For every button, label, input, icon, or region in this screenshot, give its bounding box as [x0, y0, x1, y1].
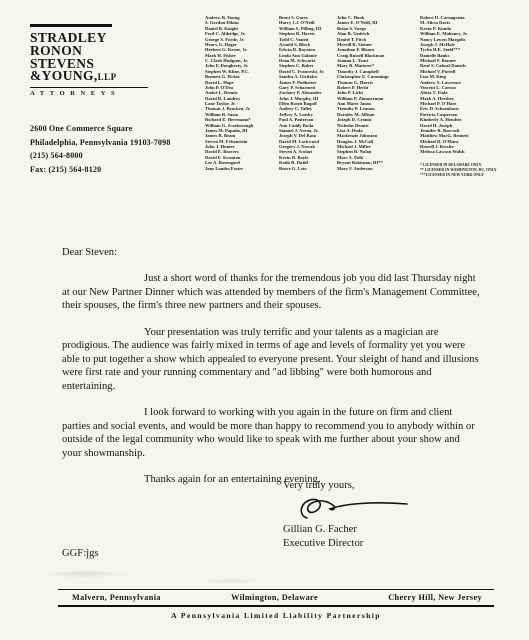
firm-name-line: &YOUNG,LLP [30, 70, 200, 84]
attorney-column-1: Andrew B. YoungS. Gordon ElkinsDaniel B.… [205, 15, 253, 171]
attorney-name: Mary F. Anderson [337, 166, 389, 171]
attorney-name: William E. Mahoney, Jr. [420, 31, 469, 36]
signature-scribble [291, 495, 416, 523]
letter-paragraph: I look forward to working with you again… [62, 406, 480, 460]
office-wilmington: Wilmington, Delaware [231, 593, 318, 602]
attorney-name: Jane Landes Foster [205, 166, 253, 171]
attorney-name: Kimberly A. Hendrix [420, 117, 469, 122]
attorney-name: Matthew MacG. Bennett [420, 133, 469, 138]
firm-name-ampersand-young: &YOUNG, [30, 68, 98, 83]
office-cherry-hill: Cherry Hill, New Jersey [388, 593, 482, 602]
signature-title: Executive Director [283, 537, 503, 550]
attorney-column-4: Robert D. CarnagranaM. Alicia DavisKevin… [420, 15, 469, 155]
address-line: 2600 One Commerce Square [30, 122, 210, 136]
letter-body: Dear Steven: Just a short word of thanks… [62, 246, 480, 500]
attorney-name: Bryant Robinson, III** [337, 160, 389, 165]
attorney-name: Melissa Lawson Walsh [420, 149, 469, 154]
firm-name: STRADLEYRONONSTEVENS [30, 32, 200, 70]
partnership-line: A Pennsylvania Limited Liability Partner… [58, 611, 494, 620]
letter-paragraphs: Just a short word of thanks for the trem… [62, 272, 480, 487]
letter-paragraph: Just a short word of thanks for the trem… [62, 272, 480, 313]
attorney-name: Christopher E. Cummings [337, 74, 389, 79]
license-footnote: ***LICENSED IN NEW YORK ONLY [420, 173, 497, 178]
salutation: Dear Steven: [62, 246, 480, 259]
footer: Malvern, Pennsylvania Wilmington, Delawa… [58, 589, 494, 620]
attorney-name: Herbert G. Keene, Jr. [205, 47, 253, 52]
scan-artifact [40, 570, 130, 578]
address-line: Philadelphia, Pennsylvania 19103-7098 [30, 136, 210, 150]
letterhead-top-rule [30, 24, 112, 27]
firm-name-llp-suffix: LLP [98, 72, 117, 82]
office-malvern: Malvern, Pennsylvania [72, 593, 161, 602]
address-line: (215) 564-8000 [30, 149, 210, 163]
footer-bottom-rule [58, 605, 494, 607]
scan-artifact [200, 578, 260, 584]
address-line: Fax: (215) 564-8120 [30, 163, 210, 177]
attorney-name: Richard E. Herrmann* [205, 117, 253, 122]
letter-paragraph: Your presentation was truly terrific and… [62, 326, 480, 394]
signature-name: Gillian G. Facher [283, 523, 503, 536]
complimentary-close: Very truly yours, [283, 479, 503, 492]
attorney-name: Thomas J. Bracken, Jr. [205, 106, 253, 111]
license-footnotes: * LICENSED IN DELAWARE ONLY** LICENSED I… [420, 163, 497, 179]
firm-address-block: 2600 One Commerce SquarePhiladelphia, Pe… [30, 122, 210, 176]
closing-block: Very truly yours, Gillian G. Facher Exec… [283, 479, 503, 550]
scanned-letter-page: STRADLEYRONONSTEVENS &YOUNG,LLP ATTORNEY… [0, 0, 529, 640]
attorney-name: René S. Cabral-Daniels [420, 63, 469, 68]
letterhead-divider-rule [30, 87, 148, 88]
typist-initials: GGF:jgs [62, 548, 99, 559]
letterhead: STRADLEYRONONSTEVENS &YOUNG,LLP ATTORNEY… [30, 24, 200, 97]
attorney-name: Bruce G. Leto [279, 166, 324, 171]
attorney-name: Zachary P. Alexander [279, 90, 324, 95]
attorney-column-3: John C. HookJames E. O'Neill, IIIBrian S… [337, 15, 389, 171]
attorney-name: John F. Dougherty, Jr. [205, 63, 253, 68]
attorney-column-2: Brent S. GoreyHarry J.J. O'NeillWilliam … [279, 15, 324, 171]
office-locations: Malvern, Pennsylvania Wilmington, Delawa… [58, 590, 494, 605]
attorneys-tagline: ATTORNEYS [30, 90, 200, 97]
